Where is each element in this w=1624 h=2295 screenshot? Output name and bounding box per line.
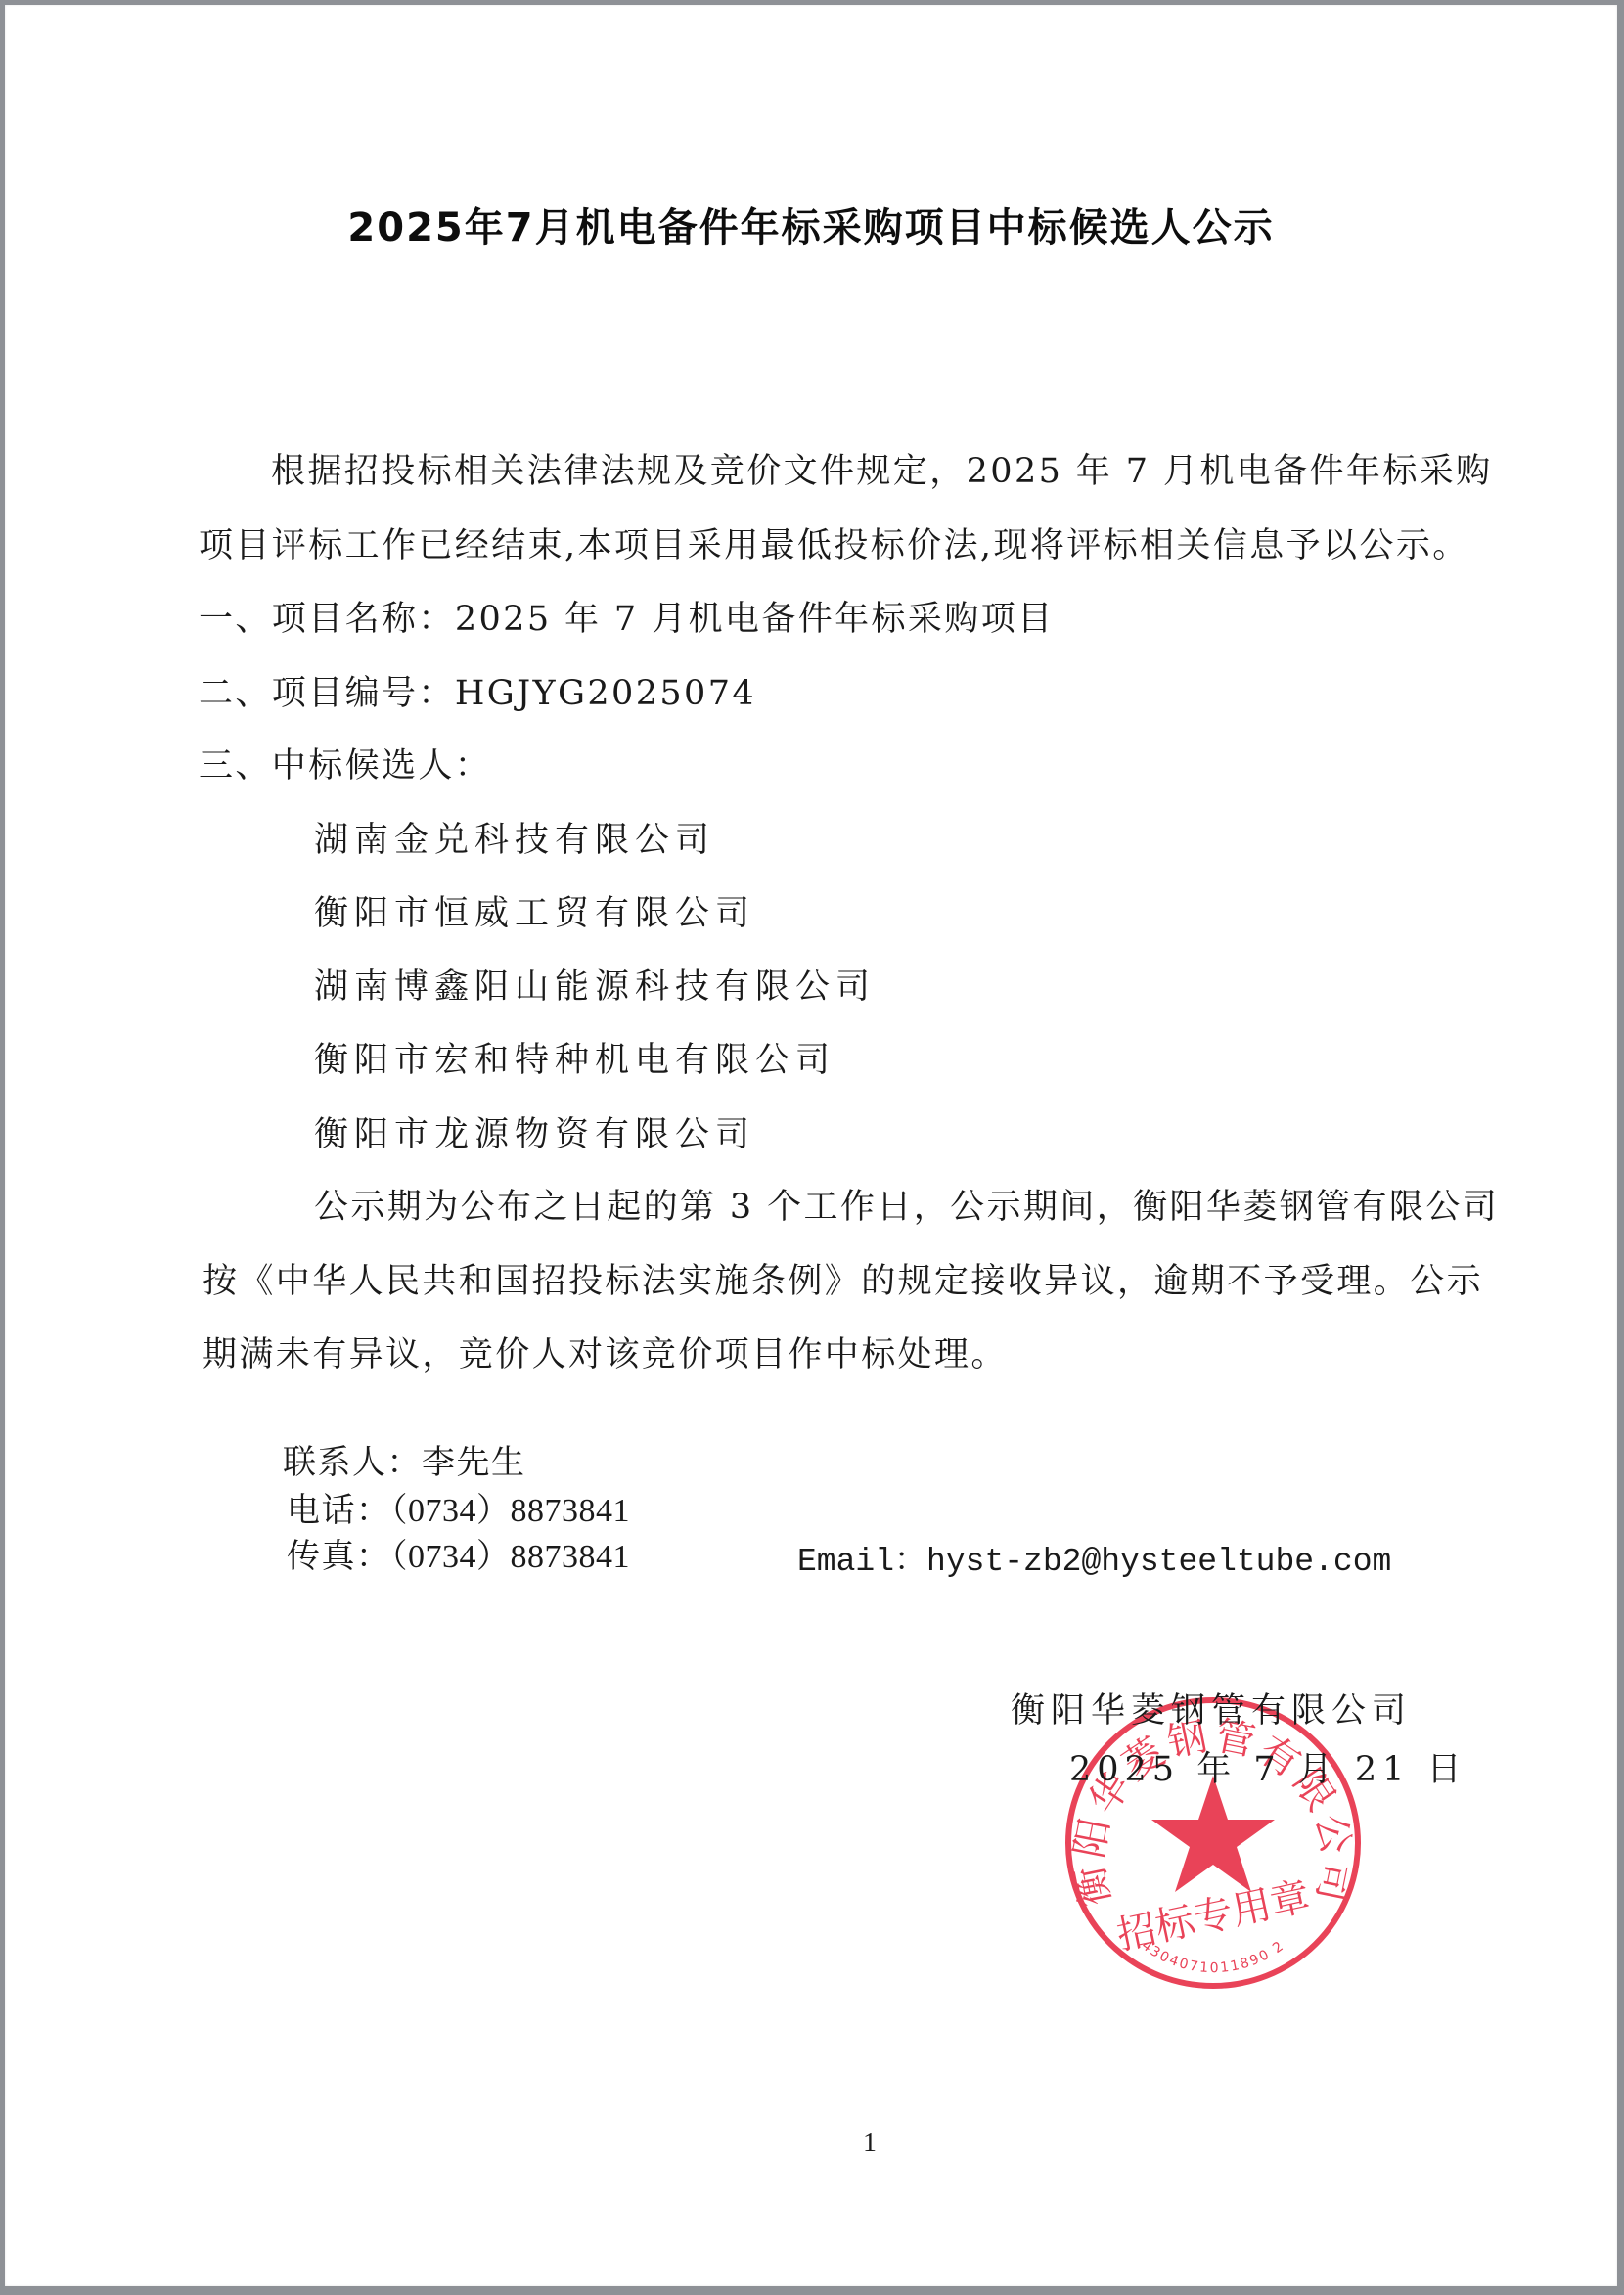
contact-phone-value: （0734）8873841 (391, 1493, 631, 1529)
item-project-name: 一、项目名称：2025 年 7 月机电备件年标采购项目 (199, 600, 1055, 639)
contact-fax-value: （0734）8873841 (391, 1539, 631, 1575)
contact-person-value: 李先生 (422, 1443, 526, 1482)
contact-email-label: Email： (797, 1544, 926, 1580)
item-label: 三、中标候选人： (199, 746, 491, 786)
item-value: HGJYG2025074 (455, 674, 756, 713)
contact-email: Email：hyst-zb2@hysteeltube.com (797, 1534, 1391, 1580)
official-seal-stamp: 衡阳华菱钢管有限公司 招标专用章 4304071011890 2 (1061, 1694, 1365, 1993)
candidate-item: 湖南金兑科技有限公司 (314, 821, 715, 860)
signature-company: 衡阳华菱钢管有限公司 (1011, 1684, 1412, 1732)
notice-line-2: 按《中华人民共和国招投标法实施条例》的规定接收异议，逾期不予受理。公示 (203, 1262, 1483, 1301)
candidate-item: 衡阳市宏和特种机电有限公司 (314, 1041, 835, 1080)
notice-line-1: 公示期为公布之日起的第 3 个工作日，公示期间，衡阳华菱钢管有限公司 (314, 1188, 1499, 1227)
contact-person-label: 联系人： (283, 1443, 422, 1482)
item-candidates-heading: 三、中标候选人： (199, 746, 491, 786)
star-icon (1151, 1776, 1275, 1892)
item-value: 2025 年 7 月机电备件年标采购项目 (455, 600, 1055, 639)
contact-fax: 传真：（0734）8873841 (287, 1537, 630, 1577)
contact-phone: 电话：（0734）8873841 (287, 1491, 630, 1531)
document-title: 2025年7月机电备件年标采购项目中标候选人公示 (5, 197, 1617, 252)
notice-line-3: 期满未有异议，竞价人对该竞价项目作中标处理。 (203, 1335, 1008, 1374)
contact-fax-label: 传真： (287, 1537, 391, 1576)
page-number: 1 (863, 2128, 877, 2159)
item-label: 一、项目名称： (199, 600, 455, 639)
contact-email-value[interactable]: hyst-zb2@hysteeltube.com (926, 1544, 1391, 1580)
intro-line-1: 根据招投标相关法律法规及竞价文件规定，2025 年 7 月机电备件年标采购 (271, 452, 1493, 491)
contact-person: 联系人：李先生 (283, 1443, 526, 1482)
contact-phone-label: 电话： (287, 1491, 391, 1530)
item-project-number: 二、项目编号：HGJYG2025074 (199, 674, 756, 713)
document-page: 2025年7月机电备件年标采购项目中标候选人公示 根据招投标相关法律法规及竞价文… (5, 5, 1617, 2286)
candidate-item: 衡阳市恒威工贸有限公司 (314, 894, 755, 933)
candidate-item: 湖南博鑫阳山能源科技有限公司 (314, 967, 876, 1007)
candidate-item: 衡阳市龙源物资有限公司 (314, 1115, 755, 1154)
item-label: 二、项目编号： (199, 674, 455, 713)
signature-date: 2025 年 7 月 21 日 (1069, 1742, 1467, 1791)
intro-line-2: 项目评标工作已经结束,本项目采用最低投标价法,现将评标相关信息予以公示。 (199, 526, 1469, 565)
